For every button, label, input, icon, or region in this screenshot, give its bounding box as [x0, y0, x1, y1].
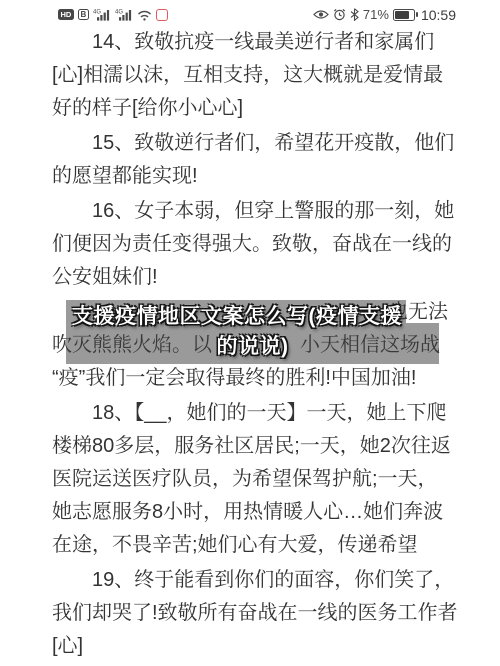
- phone-screen: HD B 4G 4G: [0, 0, 500, 666]
- clock-time-label: 10:59: [421, 7, 456, 23]
- alarm-clock-icon: [333, 8, 346, 21]
- text-line: 16、女子本弱，但穿上警服的那一刻，她: [52, 195, 450, 228]
- text-segment: 19、终于能看到你们的面容，你们笑了，: [92, 569, 454, 591]
- text-segment: 也无法: [388, 301, 448, 323]
- text-segment: 小天相信这场战: [300, 334, 440, 356]
- text-gap: [52, 418, 92, 419]
- text-line: 18、【__，她们的一天】一天，她上下爬: [52, 397, 450, 430]
- text-line: [心]相濡以沫，互相支持，这大概就是爱情最: [52, 59, 450, 92]
- article-body[interactable]: 14、致敬抗疫一线最美逆行者和家属们[心]相濡以沫，互相支持，这大概就是爱情最好…: [52, 26, 450, 665]
- text-gap: [212, 350, 300, 351]
- text-line: 14、致敬抗疫一线最美逆行者和家属们: [52, 26, 450, 59]
- screen-record-icon: [156, 9, 168, 21]
- text-gap: [52, 47, 92, 48]
- battery-percent-label: 71%: [363, 7, 389, 22]
- text-line: 吹灭熊熊火焰。以小天相信这场战: [52, 329, 450, 362]
- status-right-cluster: 71% 10:59: [313, 7, 456, 23]
- text-segment: 14、致敬抗疫一线最美逆行者和家属们: [92, 31, 434, 53]
- paragraph: 19、终于能看到你们的面容，你们笑了，我们却哭了!致敬所有奋战在一线的医务工作者…: [52, 564, 450, 663]
- text-line: 楼梯80多层，服务社区居民;一天，她2次往返: [52, 430, 450, 463]
- eye-comfort-icon: [313, 9, 329, 20]
- text-line: 15、致敬逆行者们，希望花开疫散，他们: [52, 127, 450, 160]
- status-bar: HD B 4G 4G: [0, 0, 500, 27]
- text-segment: “疫”我们一定会取得最终的胜利!中国加油!: [52, 367, 416, 389]
- status-left-cluster: HD B 4G 4G: [58, 8, 168, 21]
- paragraph: 18、【__，她们的一天】一天，她上下爬楼梯80多层，服务社区居民;一天，她2次…: [52, 397, 450, 562]
- paragraph: 16、女子本弱，但穿上警服的那一刻，她们便因为责任变得强大。致敬，奋战在一线的公…: [52, 195, 450, 294]
- text-line: 的愿望都能实现!: [52, 160, 450, 193]
- wifi-icon: [137, 9, 152, 21]
- text-gap: [52, 585, 92, 586]
- text-line: 19、终于能看到你们的面容，你们笑了，: [52, 564, 450, 597]
- text-segment: 的愿望都能实现!: [52, 165, 198, 187]
- text-segment: 16、女子本弱，但穿上警服的那一刻，她: [92, 200, 454, 222]
- paragraph: 15、致敬逆行者们，希望花开疫散，他们的愿望都能实现!: [52, 127, 450, 193]
- text-segment: 公安姐妹们!: [52, 266, 158, 288]
- text-line: 医院运送医疗队员，为希望保驾护航;一天，: [52, 463, 450, 496]
- text-segment: 我们却哭了!致敬所有奋战在一线的医务工作者: [52, 602, 458, 624]
- text-gap: [52, 216, 92, 217]
- text-line: 我们却哭了!致敬所有奋战在一线的医务工作者: [52, 597, 450, 630]
- text-segment: 在途，不畏辛苦;她们心有大爱，传递希望: [52, 534, 418, 556]
- text-gap: [52, 317, 388, 318]
- text-segment: [心]相濡以沫，互相支持，这大概就是爱情最: [52, 64, 443, 86]
- svg-text:4G: 4G: [115, 10, 123, 16]
- text-line: “疫”我们一定会取得最终的胜利!中国加油!: [52, 362, 450, 395]
- text-line: 也无法: [52, 296, 450, 329]
- text-segment: 楼梯80多层，服务社区居民;一天，她2次往返: [52, 435, 451, 457]
- signal-4g-sim1-icon: 4G: [93, 8, 111, 21]
- text-segment: 吹灭熊熊火焰。以: [52, 334, 212, 356]
- text-line: 她志愿服务8小时，用热情暖人心…她们奔波: [52, 496, 450, 529]
- hd-voice-badge-icon: HD: [58, 9, 74, 21]
- text-gap: [52, 148, 92, 149]
- text-line: 好的样子[给你小心心]: [52, 92, 450, 125]
- text-segment: 医院运送医疗队员，为希望保驾护航;一天，: [52, 468, 438, 490]
- text-segment: 好的样子[给你小心心]: [52, 97, 243, 119]
- text-line: 在途，不畏辛苦;她们心有大爱，传递希望: [52, 529, 450, 562]
- text-line: 们便因为责任变得强大。致敬，奋战在一线的: [52, 228, 450, 261]
- b-badge-icon: B: [78, 9, 89, 20]
- paragraph: 14、致敬抗疫一线最美逆行者和家属们[心]相濡以沫，互相支持，这大概就是爱情最好…: [52, 26, 450, 125]
- text-segment: 18、【__，她们的一天】一天，她上下爬: [92, 402, 447, 424]
- text-line: 公安姐妹们!: [52, 261, 450, 294]
- signal-4g-sim2-icon: 4G: [115, 8, 133, 21]
- text-segment: [心]: [52, 635, 83, 657]
- battery-icon: [393, 9, 415, 21]
- text-segment: 15、致敬逆行者们，希望花开疫散，他们: [92, 132, 454, 154]
- text-line: [心]: [52, 630, 450, 663]
- bluetooth-icon: [350, 8, 359, 21]
- paragraph: 也无法吹灭熊熊火焰。以小天相信这场战“疫”我们一定会取得最终的胜利!中国加油!: [52, 296, 450, 395]
- text-segment: 们便因为责任变得强大。致敬，奋战在一线的: [52, 233, 452, 255]
- text-segment: 她志愿服务8小时，用热情暖人心…她们奔波: [52, 501, 443, 523]
- svg-text:4G: 4G: [93, 10, 101, 16]
